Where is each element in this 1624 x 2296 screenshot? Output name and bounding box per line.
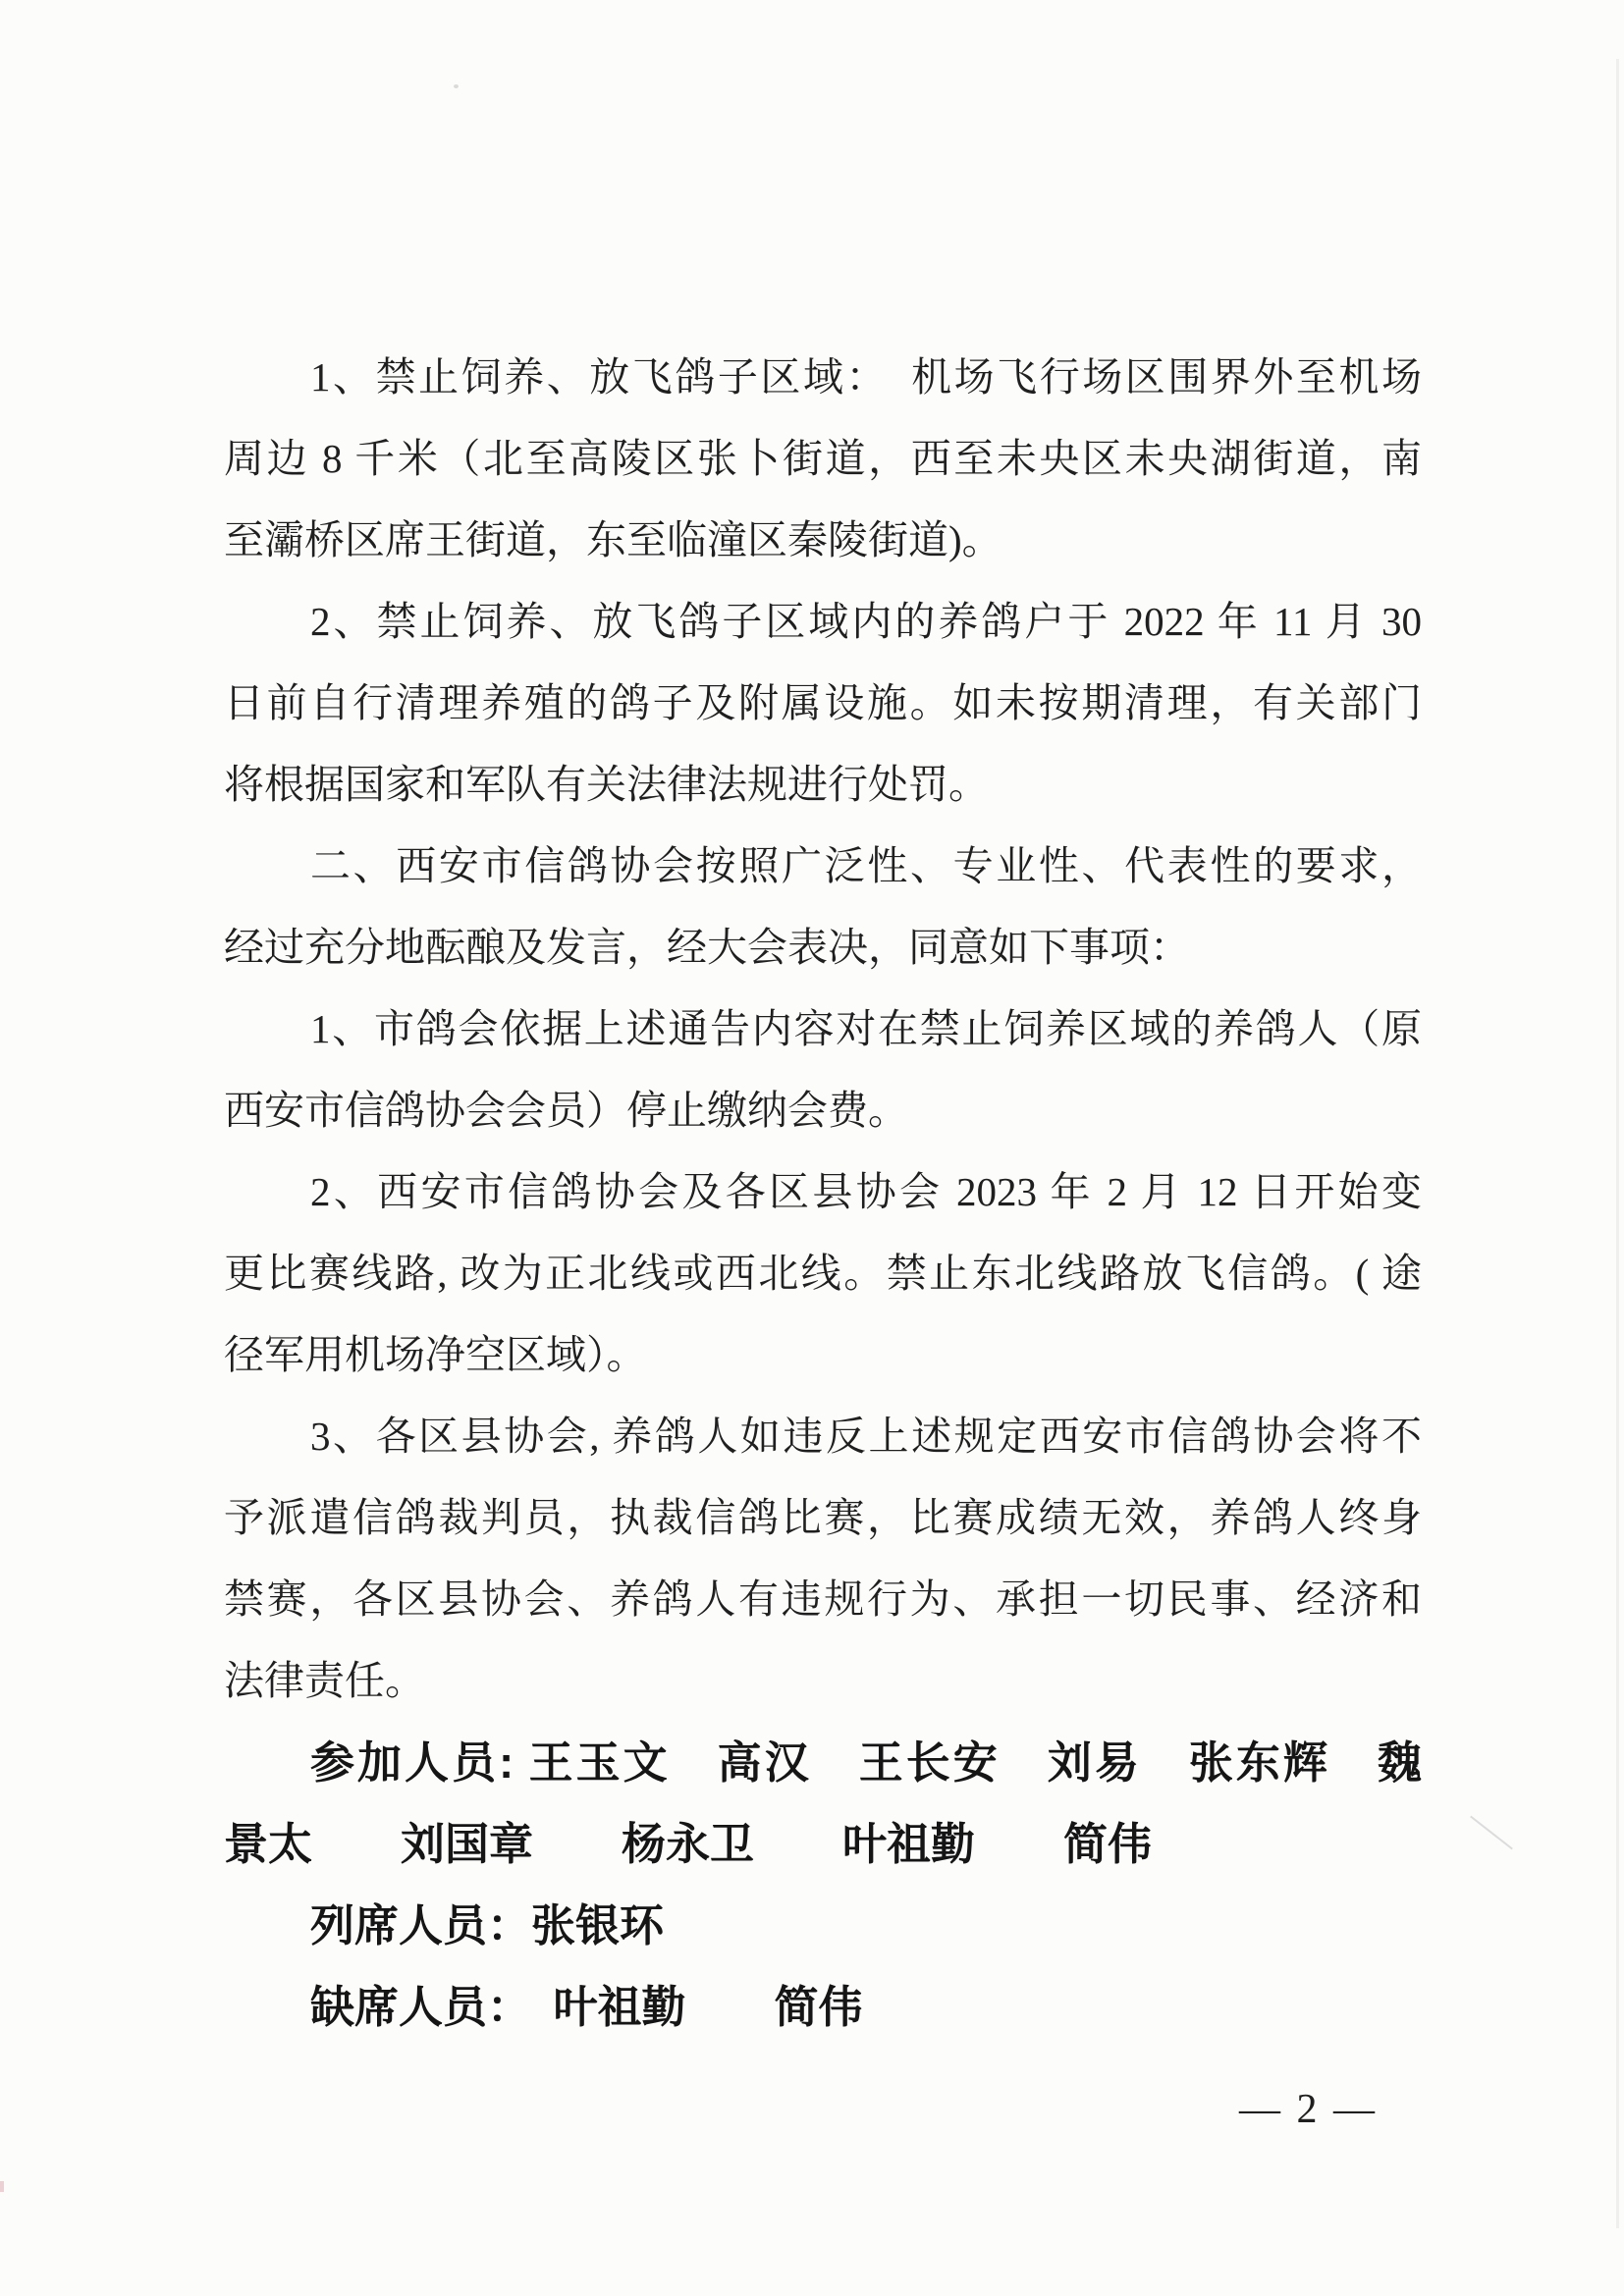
text-line: 至灞桥区席王街道，东至临潼区秦陵街道)。: [224, 500, 1422, 581]
text-line: 将根据国家和军队有关法律法规进行处罚。: [224, 744, 1422, 826]
text-line: 3、各区县协会, 养鸽人如违反上述规定西安市信鸽协会将不: [224, 1396, 1422, 1477]
text-line: 日前自行清理养殖的鸽子及附属设施。如未按期清理，有关部门: [224, 663, 1422, 744]
document-text-block: 1、禁止饲养、放飞鸽子区域： 机场飞行场区围界外至机场 周边 8 千米（北至高陵…: [224, 337, 1422, 2048]
text-line: 2、西安市信鸽协会及各区县协会 2023 年 2 月 12 日开始变: [224, 1151, 1422, 1233]
text-line: 禁赛，各区县协会、养鸽人有违规行为、承担一切民事、经济和: [224, 1559, 1422, 1640]
text-line: 经过充分地酝酿及发言，经大会表决，同意如下事项：: [224, 907, 1422, 988]
text-line: 二、西安市信鸽协会按照广泛性、专业性、代表性的要求，: [224, 826, 1422, 907]
text-line: 1、禁止饲养、放飞鸽子区域： 机场飞行场区围界外至机场: [224, 337, 1422, 418]
scan-speck: [0, 2181, 4, 2192]
attendance-absent-line: 缺席人员： 叶祖勤 简伟: [224, 1966, 1422, 2048]
text-line: 予派遣信鸽裁判员，执裁信鸽比赛，比赛成绩无效，养鸽人终身: [224, 1477, 1422, 1559]
text-line: 周边 8 千米（北至高陵区张卜街道，西至未央区未央湖街道，南: [224, 418, 1422, 500]
page-number: — 2 —: [1239, 2085, 1378, 2134]
text-line: 法律责任。: [224, 1640, 1422, 1722]
text-line: 西安市信鸽协会会员）停止缴纳会费。: [224, 1070, 1422, 1151]
document-page: 1、禁止饲养、放飞鸽子区域： 机场飞行场区围界外至机场 周边 8 千米（北至高陵…: [0, 0, 1624, 2296]
attendance-participants-line: 景太 刘国章 杨永卫 叶祖勤 简伟: [224, 1803, 1422, 1885]
attendance-observers-line: 列席人员：张银环: [224, 1885, 1422, 1966]
text-line: 径军用机场净空区域）。: [224, 1314, 1422, 1396]
scan-edge-shadow: [1616, 59, 1619, 2228]
text-line: 更比赛线路, 改为正北线或西北线。禁止东北线路放飞信鸽。( 途: [224, 1233, 1422, 1314]
scan-speck: [454, 84, 459, 88]
scan-scratch: [1470, 1816, 1513, 1850]
text-line: 2、禁止饲养、放飞鸽子区域内的养鸽户于 2022 年 11 月 30: [224, 581, 1422, 663]
attendance-participants-line: 参加人员: 王玉文 高汉 王长安 刘易 张东辉 魏: [224, 1722, 1422, 1803]
text-line: 1、市鸽会依据上述通告内容对在禁止饲养区域的养鸽人（原: [224, 988, 1422, 1070]
